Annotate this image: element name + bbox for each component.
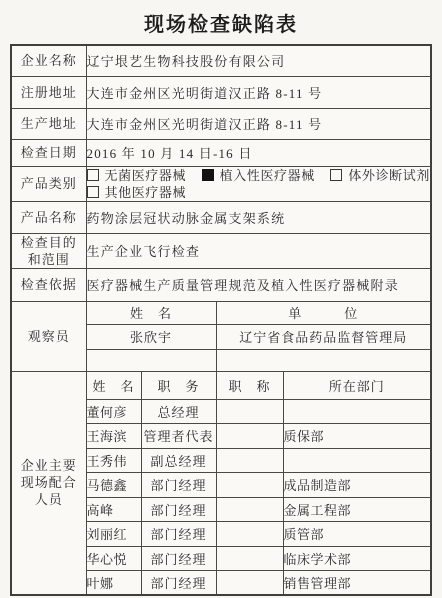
personnel-title — [216, 424, 283, 449]
personnel-position: 部门经理 — [141, 473, 216, 498]
option-ivd-label: 体外诊断试剂 — [348, 167, 430, 184]
personnel-title-header: 职 称 — [216, 371, 283, 399]
personnel-title — [216, 522, 283, 547]
personnel-department — [283, 399, 431, 424]
personnel-department: 金属工程部 — [283, 497, 431, 522]
option-sterile-label: 无菌医疗器械 — [105, 167, 187, 184]
personnel-header-row: 企业主要 现场配合 人员 姓 名 职 务 职 称 所在部门 — [11, 371, 431, 399]
personnel-title — [216, 571, 283, 596]
personnel-position: 部门经理 — [141, 522, 216, 547]
registered-address-value: 大连市金州区光明街道汉正路 8-11 号 — [86, 76, 431, 108]
product-category-label: 产品类别 — [11, 166, 86, 201]
observer-unit: 辽宁省食品药品监督管理局 — [216, 324, 431, 349]
personnel-department-header: 所在部门 — [283, 371, 431, 399]
product-name-label: 产品名称 — [11, 201, 86, 233]
production-address-label: 生产地址 — [11, 108, 86, 139]
inspection-purpose-value: 生产企业飞行检查 — [86, 233, 431, 268]
personnel-department: 质保部 — [283, 424, 431, 449]
inspection-basis-value: 医疗器械生产质量管理规范及植入性医疗器械附录 — [86, 268, 431, 301]
company-name-value: 辽宁垠艺生物科技股份有限公司 — [86, 45, 431, 76]
row-registered-address: 注册地址 大连市金州区光明街道汉正路 8-11 号 — [11, 76, 431, 108]
personnel-title — [216, 399, 283, 424]
personnel-title — [216, 448, 283, 473]
observers-label: 观察员 — [11, 301, 86, 371]
personnel-department: 质管部 — [283, 522, 431, 547]
personnel-name: 叶娜 — [86, 571, 141, 596]
personnel-position: 总经理 — [141, 399, 216, 424]
personnel-name: 马德鑫 — [86, 473, 141, 498]
row-product-name: 产品名称 药物涂层冠状动脉金属支架系统 — [11, 201, 431, 233]
row-product-category: 产品类别 无菌医疗器械 植入性医疗器械 体外诊断试剂 其他医疗器械 — [11, 166, 431, 201]
row-company-name: 企业名称 辽宁垠艺生物科技股份有限公司 — [11, 45, 431, 76]
personnel-title — [216, 546, 283, 571]
personnel-position: 副总经理 — [141, 448, 216, 473]
inspection-basis-label: 检查依据 — [11, 268, 86, 301]
checkbox-implantable-checked-icon — [202, 169, 214, 181]
observers-header-row: 观察员 姓 名 单 位 — [11, 301, 431, 324]
row-inspection-date: 检查日期 2016 年 10 月 14 日-16 日 — [11, 139, 431, 166]
personnel-name: 董何彦 — [86, 399, 141, 424]
personnel-name: 高峰 — [86, 497, 141, 522]
personnel-label: 企业主要 现场配合 人员 — [11, 371, 86, 595]
personnel-department: 临床学术部 — [283, 546, 431, 571]
personnel-position-header: 职 务 — [141, 371, 216, 399]
inspection-date-value: 2016 年 10 月 14 日-16 日 — [86, 139, 431, 166]
registered-address-label: 注册地址 — [11, 76, 86, 108]
page-title: 现场检查缺陷表 — [0, 0, 442, 37]
product-category-line-1: 无菌医疗器械 植入性医疗器械 体外诊断试剂 — [87, 167, 431, 184]
personnel-title — [216, 497, 283, 522]
row-inspection-basis: 检查依据 医疗器械生产质量管理规范及植入性医疗器械附录 — [11, 268, 431, 301]
personnel-department — [283, 448, 431, 473]
personnel-position: 部门经理 — [141, 497, 216, 522]
personnel-department: 成品制造部 — [283, 473, 431, 498]
option-implantable-label: 植入性医疗器械 — [220, 167, 315, 184]
observer-unit — [216, 349, 431, 371]
personnel-name-header: 姓 名 — [86, 371, 141, 399]
personnel-position: 部门经理 — [141, 571, 216, 596]
row-production-address: 生产地址 大连市金州区光明街道汉正路 8-11 号 — [11, 108, 431, 139]
checkbox-other-unchecked-icon — [87, 186, 99, 198]
checkbox-sterile-unchecked-icon — [87, 169, 99, 181]
product-category-value: 无菌医疗器械 植入性医疗器械 体外诊断试剂 其他医疗器械 — [86, 166, 431, 201]
personnel-name: 王海滨 — [86, 424, 141, 449]
inspection-date-label: 检查日期 — [11, 139, 86, 166]
observers-unit-header: 单 位 — [216, 301, 431, 324]
option-other-label: 其他医疗器械 — [105, 184, 187, 201]
product-category-line-2: 其他医疗器械 — [87, 184, 431, 201]
personnel-position: 部门经理 — [141, 546, 216, 571]
production-address-value: 大连市金州区光明街道汉正路 8-11 号 — [86, 108, 431, 139]
personnel-title — [216, 473, 283, 498]
inspection-purpose-label: 检查目的 和范围 — [11, 233, 86, 268]
personnel-department: 销售管理部 — [283, 571, 431, 596]
row-inspection-purpose: 检查目的 和范围 生产企业飞行检查 — [11, 233, 431, 268]
personnel-position: 管理者代表 — [141, 424, 216, 449]
observers-name-header: 姓 名 — [86, 301, 216, 324]
observer-name: 张欣宇 — [86, 324, 216, 349]
checkbox-ivd-unchecked-icon — [330, 169, 342, 181]
product-name-value: 药物涂层冠状动脉金属支架系统 — [86, 201, 431, 233]
observer-name — [86, 349, 216, 371]
personnel-name: 王秀伟 — [86, 448, 141, 473]
inspection-form-table: 企业名称 辽宁垠艺生物科技股份有限公司 注册地址 大连市金州区光明街道汉正路 8… — [10, 44, 432, 596]
personnel-name: 华心悦 — [86, 546, 141, 571]
personnel-name: 刘丽红 — [86, 522, 141, 547]
company-name-label: 企业名称 — [11, 45, 86, 76]
